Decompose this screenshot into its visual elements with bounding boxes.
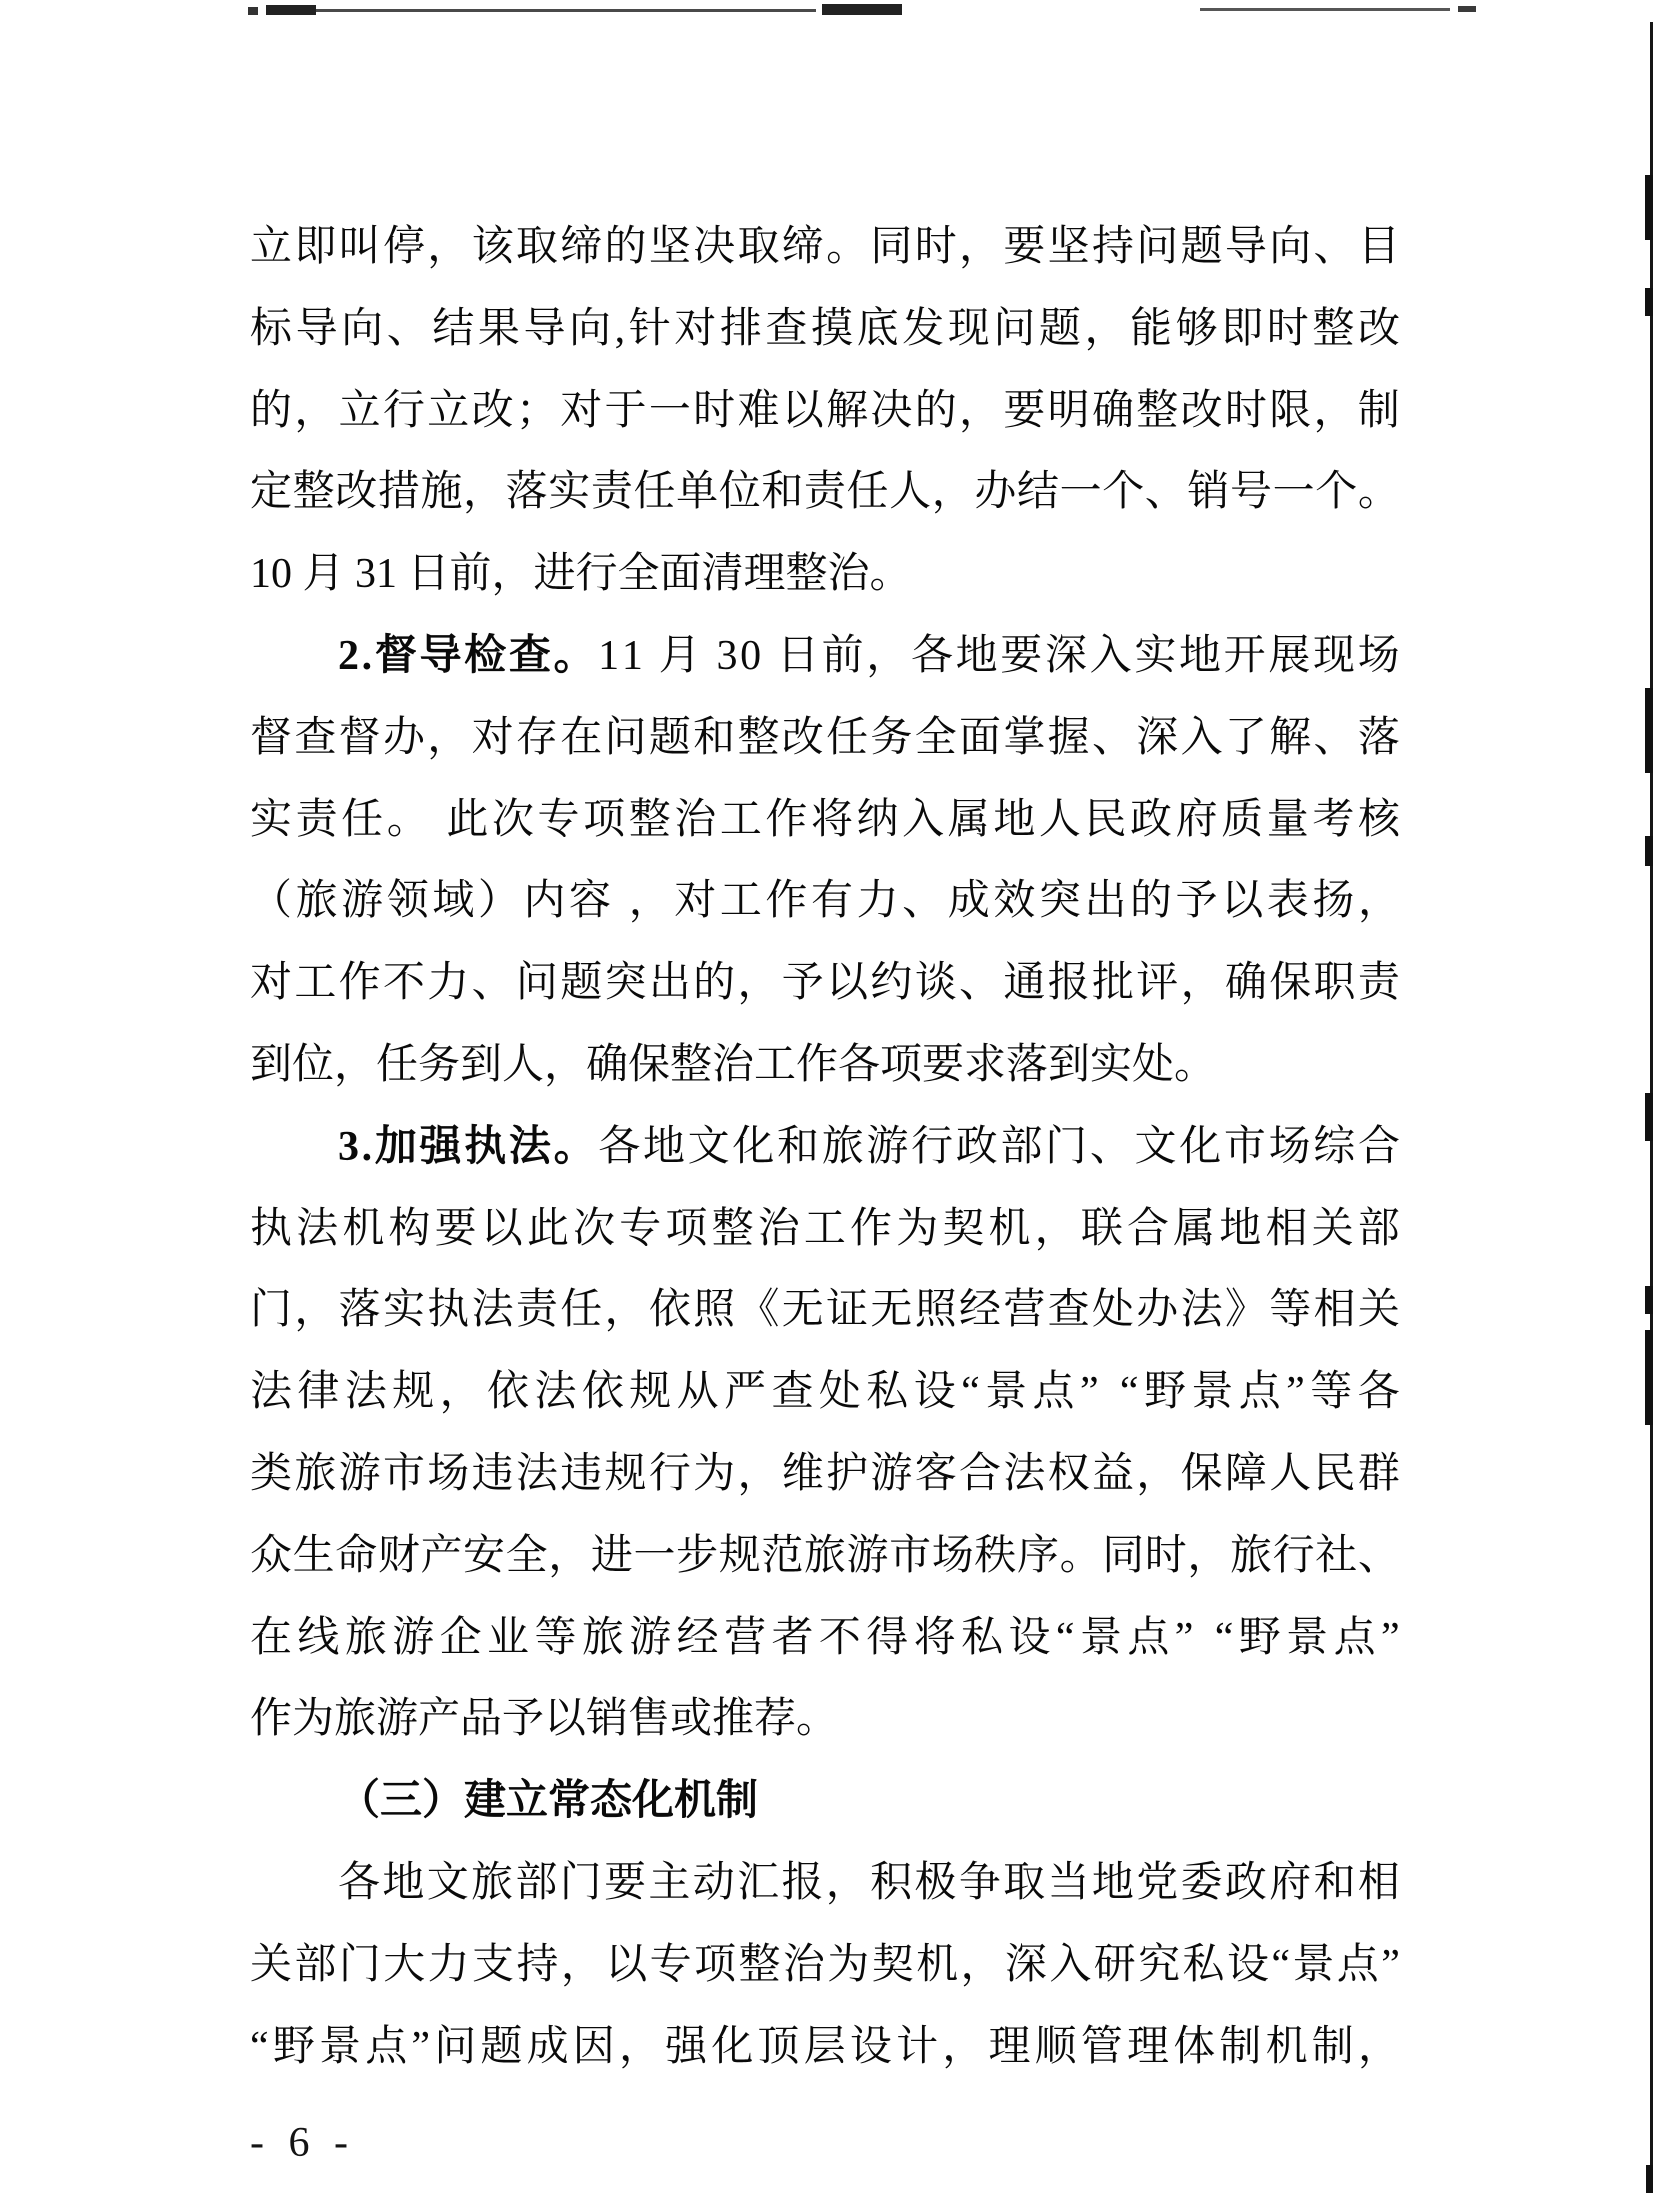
body-char: 整 (1312, 289, 1354, 371)
body-char: 经 (677, 1598, 719, 1680)
heading-char: 查 (509, 616, 551, 698)
body-char: 责 (296, 780, 338, 862)
body-char: 。 (1060, 1516, 1102, 1598)
body-char: 前 (822, 616, 864, 698)
body-char: 社 (1315, 1516, 1357, 1598)
body-char: 单 (676, 452, 718, 534)
body-char: ， (1084, 289, 1126, 371)
body-char: 评 (1136, 943, 1178, 1025)
body-char: 此 (446, 780, 488, 862)
body-char: 查 (771, 1352, 813, 1434)
body-char: 地 (993, 780, 1035, 862)
body-char: 入 (1049, 1925, 1091, 2007)
body-char: 研 (1094, 1925, 1136, 2007)
body-char: 要 (1003, 371, 1045, 453)
body-char: 支 (472, 1925, 514, 2007)
body-char: 部 (515, 1843, 557, 1925)
body-char: 问 (993, 289, 1035, 371)
body-char: 即 (1221, 289, 1263, 371)
heading-char: 强 (420, 1107, 462, 1189)
scan-artifact (266, 5, 316, 15)
body-char: 实 (548, 452, 590, 534)
body-char: 、 (1092, 698, 1134, 780)
body-char: 照 (915, 1270, 957, 1352)
body-char: 出 (649, 943, 691, 1025)
body-char: 无 (870, 1270, 912, 1352)
body-char: ， (1187, 1516, 1229, 1598)
body-char: 整 (629, 780, 671, 862)
body-char: （ (250, 861, 292, 943)
scan-artifact (1645, 1093, 1653, 1141)
body-char: 违 (560, 1434, 602, 1516)
body-char: 场 (427, 1434, 469, 1516)
body-char: 责 (516, 1270, 558, 1352)
body-char: 责 (804, 452, 846, 534)
body-char: 法 (296, 1189, 338, 1271)
body-char (703, 616, 714, 698)
body-char: 门 (339, 1925, 381, 2007)
body-char: ” (1286, 1352, 1305, 1434)
body-char: 秩 (974, 1516, 1016, 1598)
body-char: 问 (434, 2007, 476, 2089)
body-char: 日 (777, 616, 819, 698)
body-char: 管 (1081, 2007, 1123, 2089)
body-char (764, 616, 775, 698)
body-char: 施 (420, 452, 462, 534)
body-char: 立 (427, 371, 469, 453)
scan-artifact (1200, 8, 1450, 11)
body-char: 府 (1269, 1843, 1311, 1925)
body-char: 考 (1312, 780, 1354, 862)
body-char: 行 (911, 1107, 953, 1189)
body-char: 层 (804, 2007, 846, 2089)
body-char: 缔 (560, 207, 602, 289)
body-char: 保 (1269, 943, 1311, 1025)
body-char: 市 (889, 1516, 931, 1598)
body-char: 游 (870, 1434, 912, 1516)
body-char: 、 (1314, 207, 1356, 289)
document-body: 立即叫停，该取缔的坚决取缔。同时，要坚持问题导向、目标导向、结果导向,针对排查摸… (250, 207, 1400, 2088)
body-char: 行 (649, 1434, 691, 1516)
body-char: 予 (1176, 861, 1218, 943)
body-char: 治 (758, 1189, 800, 1271)
body-char: 政 (1225, 1843, 1267, 1925)
scan-artifact (1645, 288, 1653, 316)
heading-char: 3 (338, 1107, 359, 1189)
body-char: 对 (560, 371, 602, 453)
body-char: ， (1035, 1189, 1077, 1271)
body-char: ） (478, 861, 520, 943)
scan-artifact (1458, 6, 1476, 12)
body-char: 难 (737, 371, 779, 453)
body-char: 游 (339, 1434, 381, 1516)
body-char: 题 (649, 698, 691, 780)
document-page: 立即叫停，该取缔的坚决取缔。同时，要坚持问题导向、目标导向、结果导向,针对排查摸… (0, 0, 1656, 2201)
text-line: 10 月 31 日前，进行全面清理整治。 (250, 534, 1400, 616)
body-char: 争 (959, 1843, 1001, 1925)
body-char: 和 (1314, 1843, 1356, 1925)
body-char: 力 (427, 943, 469, 1025)
body-char: “ (961, 1352, 980, 1434)
body-char: 的 (693, 943, 735, 1025)
body-char: 落 (1358, 698, 1400, 780)
text-line: 门，落实执法责任，依照《无证无照经营查处办法》等相关 (250, 1270, 1400, 1352)
body-char: 点 (365, 2007, 407, 2089)
body-char: 各 (598, 1107, 640, 1189)
body-char: 者 (771, 1598, 813, 1680)
body-char: 要 (1000, 616, 1042, 698)
body-char: 深 (1136, 698, 1178, 780)
body-char: 题 (1181, 207, 1223, 289)
body-char: 办 (974, 452, 1016, 534)
text-line: （三）建立常态化机制 (250, 1761, 1400, 1843)
body-char: 突 (605, 943, 647, 1025)
body-char: 游 (866, 1107, 908, 1189)
body-char: 职 (1314, 943, 1356, 1025)
body-char: 时 (915, 207, 957, 289)
body-char: 0 (740, 616, 761, 698)
body-char: 结 (1017, 452, 1059, 534)
body-char: ” (1381, 1925, 1400, 2007)
body-char: 作 (850, 1189, 892, 1271)
body-char: 以 (1221, 861, 1263, 943)
body-char: 整 (738, 1925, 780, 2007)
body-char: 制 (1312, 2007, 1354, 2089)
body-char: 民 (1084, 780, 1126, 862)
body-char: 益 (1092, 1434, 1134, 1516)
body-char: 业 (487, 1598, 529, 1680)
heading-char: 导 (419, 616, 461, 698)
body-char: 依 (649, 1270, 691, 1352)
body-char: 关 (1358, 1270, 1400, 1352)
heading-char: 执 (464, 1107, 506, 1189)
text-line: “野景点”问题成因，强化顶层设计，理顺管理体制机制， (250, 2007, 1400, 2089)
body-char: 任 (633, 452, 675, 534)
body-char: 时 (1267, 289, 1309, 371)
body-char: 主 (648, 1843, 690, 1925)
body-char: 野 (273, 2007, 315, 2089)
body-char: 向 (1269, 207, 1311, 289)
body-char: 游 (847, 1516, 889, 1598)
body-char: 目 (1358, 207, 1400, 289)
body-char: 责 (1358, 943, 1400, 1025)
body-char: 权 (1048, 1434, 1090, 1516)
body-char: 。 (387, 780, 429, 862)
body-char: ， (942, 2007, 984, 2089)
body-char: 依 (582, 1352, 624, 1434)
scan-artifact (248, 7, 258, 15)
body-char: 查 (294, 698, 336, 780)
body-char: 以 (782, 371, 824, 453)
body-char: ， (561, 1925, 603, 2007)
body-char: ” (1175, 1598, 1194, 1680)
body-char: 的 (1130, 861, 1172, 943)
body-char: 景 (985, 1352, 1027, 1434)
body-char: 经 (959, 1270, 1001, 1352)
body-char: 顺 (1035, 2007, 1077, 2089)
body-char: 政 (1130, 780, 1172, 862)
body-char: 法 (250, 1352, 292, 1434)
body-char: 深 (1045, 616, 1087, 698)
body-char: 相 (1314, 1270, 1356, 1352)
body-char: 《 (737, 1270, 779, 1352)
heading-char: 法 (509, 1107, 551, 1189)
text-line: 定整改措施，落实责任单位和责任人，办结一个、销号一个。 (250, 452, 1400, 534)
body-char: 地 (1219, 1189, 1261, 1271)
text-line: 立即叫停，该取缔的坚决取缔。同时，要坚持问题导向、目 (250, 207, 1400, 289)
body-char: 作 (339, 943, 381, 1025)
body-char: 办 (383, 698, 425, 780)
body-char: 强 (665, 2007, 707, 2089)
body-char: 计 (896, 2007, 938, 2089)
body-char: 政 (956, 1107, 998, 1189)
body-char: 门 (560, 1843, 602, 1925)
heading-char: . (362, 616, 373, 698)
body-char: 旅 (296, 861, 338, 943)
body-char: 持 (516, 1925, 558, 2007)
body-char: 深 (1005, 1925, 1047, 2007)
body-char: 和 (761, 452, 803, 534)
body-char: “ (1056, 1598, 1075, 1680)
body-char: 突 (1039, 861, 1081, 943)
body-char: 法 (516, 1434, 558, 1516)
body-char: 地 (643, 1107, 685, 1189)
body-char (615, 861, 626, 943)
body-char: 将 (914, 1598, 956, 1680)
body-char: 联 (1081, 1189, 1123, 1271)
body-char: 景 (1080, 1598, 1122, 1680)
body-char: 题 (560, 943, 602, 1025)
body-char: 违 (472, 1434, 514, 1516)
body-char: 人 (889, 452, 931, 534)
body-char: “ (1271, 1925, 1290, 2007)
heading-char: 。 (554, 1107, 596, 1189)
body-char: 域 (432, 861, 474, 943)
body-char (1199, 1598, 1210, 1680)
body-char: 纳 (857, 780, 899, 862)
body-char: 摸 (811, 289, 853, 371)
body-char: 确 (1092, 371, 1134, 453)
body-char: 工 (294, 943, 336, 1025)
body-char: 取 (1003, 1843, 1045, 1925)
body-char: 民 (1314, 1434, 1356, 1516)
heading-char: 检 (464, 616, 506, 698)
scan-artifact (1645, 836, 1653, 866)
body-char: 营 (724, 1598, 766, 1680)
body-char: 改 (1358, 289, 1400, 371)
body-char: 一 (1060, 452, 1102, 534)
body-char: 该 (472, 207, 514, 289)
body-char: 握 (1048, 698, 1090, 780)
body-char: 专 (538, 780, 580, 862)
body-char: 构 (388, 1189, 430, 1271)
heading-char: 加 (375, 1107, 417, 1189)
body-char: 现 (1313, 616, 1355, 698)
body-char (432, 780, 443, 862)
text-line: 到位，任务到人，确保整治工作各项要求落到实处。 (250, 1025, 1400, 1107)
body-char: 部 (1358, 1189, 1400, 1271)
body-char: 》 (1225, 1270, 1267, 1352)
body-char: 法 (1003, 1434, 1045, 1516)
body-char: 规 (605, 1434, 647, 1516)
text-line: 实责任。 此次专项整治工作将纳入属地人民政府质量考核 (250, 780, 1400, 862)
body-char: 景 (319, 2007, 361, 2089)
scan-artifact (1645, 1330, 1653, 1425)
body-char: 工 (720, 861, 762, 943)
body-char: 维 (782, 1434, 824, 1516)
body-char: 、 (1314, 698, 1356, 780)
body-char: ” (1381, 1598, 1400, 1680)
body-char: 线 (297, 1598, 339, 1680)
body-char: 、 (1358, 1516, 1400, 1598)
body-char: ， (440, 1352, 482, 1434)
body-char: 扬 (1312, 861, 1354, 943)
body-char: 报 (1048, 943, 1090, 1025)
body-char: 量 (1267, 780, 1309, 862)
body-char: 大 (383, 1925, 425, 2007)
body-char: 展 (1268, 616, 1310, 698)
body-char: ， (737, 1434, 779, 1516)
body-char: 通 (1003, 943, 1045, 1025)
body-char: 有 (811, 861, 853, 943)
body-char: 各 (911, 616, 953, 698)
body-char: 即 (294, 207, 336, 289)
body-char: 极 (914, 1843, 956, 1925)
body-char: 表 (1267, 861, 1309, 943)
body-char: 容 (569, 861, 611, 943)
body-char: 向 (569, 289, 611, 371)
body-char: 野 (1144, 1352, 1186, 1434)
scan-artifact (316, 9, 816, 12)
body-char: 开 (1224, 616, 1266, 698)
body-char: 此 (527, 1189, 569, 1271)
body-char: 要 (435, 1189, 477, 1271)
body-char: 证 (826, 1270, 868, 1352)
body-char: 地 (956, 616, 998, 698)
body-char: 、 (387, 289, 429, 371)
body-char: 景 (1292, 1925, 1334, 2007)
body-char: 规 (392, 1352, 434, 1434)
body-char: 因 (573, 2007, 615, 2089)
body-text: 到位，任务到人，确保整治工作各项要求落到实处。 (250, 1042, 1216, 1088)
body-char: 场 (1269, 1107, 1311, 1189)
text-line: 作为旅游产品予以销售或推荐。 (250, 1679, 1400, 1761)
body-char: 机 (342, 1189, 384, 1271)
body-char: 设 (1227, 1925, 1269, 2007)
body-char: 客 (915, 1434, 957, 1516)
body-char: 机 (989, 1189, 1031, 1271)
body-char: 项 (665, 1189, 707, 1271)
body-char: 相 (1358, 1843, 1400, 1925)
body-char: 旅 (822, 1107, 864, 1189)
body-char: 景 (1191, 1352, 1233, 1434)
body-char: 对 (472, 698, 514, 780)
body-char: 力 (428, 1925, 470, 2007)
body-char: 各 (338, 1843, 380, 1925)
body-char: 众 (250, 1516, 292, 1598)
body-char: 规 (629, 1352, 671, 1434)
body-char: 销 (1187, 452, 1229, 534)
body-char: 点 (1334, 1598, 1376, 1680)
body-char: 工 (804, 1189, 846, 1271)
body-char: 综 (1313, 1107, 1355, 1189)
body-char: 号 (1230, 452, 1272, 534)
body-char: 要 (604, 1843, 646, 1925)
body-char: 部 (1000, 1107, 1042, 1189)
body-char: 标 (250, 289, 292, 371)
body-char: 题 (480, 2007, 522, 2089)
body-char: 问 (1136, 207, 1178, 289)
body-char: 地 (1092, 1843, 1134, 1925)
body-char: 同 (1102, 1516, 1144, 1598)
body-char: 顶 (758, 2007, 800, 2089)
body-char: 成 (527, 2007, 569, 2089)
body-char: ， (932, 452, 974, 534)
body-char: 不 (819, 1598, 861, 1680)
body-char: ， (826, 1843, 868, 1925)
text-line: 执法机构要以此次专项整治工作为契机，联合属地相关部 (250, 1189, 1400, 1271)
body-char: 效 (993, 861, 1035, 943)
text-line: 关部门大力支持，以专项整治为契机，深入研究私设“景点” (250, 1925, 1400, 2007)
body-char: 人 (1269, 1434, 1311, 1516)
body-char: 场 (1358, 616, 1400, 698)
body-char: 确 (1225, 943, 1267, 1025)
body-char: 不 (383, 943, 425, 1025)
body-char: 时 (1145, 1516, 1187, 1598)
body-char: 一 (633, 1516, 675, 1598)
body-char: 等 (534, 1598, 576, 1680)
body-char: 作 (765, 861, 807, 943)
body-char: 专 (650, 1925, 692, 2007)
body-char: 等 (1269, 1270, 1311, 1352)
body-char: 1 (622, 616, 643, 698)
body-char: 生 (293, 1516, 335, 1598)
body-char: 问 (605, 698, 647, 780)
body-char: 机 (916, 1925, 958, 2007)
body-char: 次 (492, 780, 534, 862)
text-line: 对工作不力、问题突出的，予以约谈、通报批评，确保职责 (250, 943, 1400, 1025)
body-char: 设 (1009, 1598, 1051, 1680)
text-line: 类旅游市场违法违规行为，维护游客合法权益，保障人民群 (250, 1434, 1400, 1516)
body-char: 在 (560, 698, 602, 780)
body-char: 的 (915, 371, 957, 453)
body-char: 决 (693, 207, 735, 289)
text-line: 标导向、结果导向,针对排查摸底发现问题，能够即时整改 (250, 289, 1400, 371)
body-char: 核 (1358, 780, 1400, 862)
body-char: 旅 (582, 1598, 624, 1680)
body-char: 工 (720, 780, 762, 862)
body-char (645, 616, 656, 698)
body-char: 整 (293, 452, 335, 534)
body-char: 落 (339, 1270, 381, 1352)
body-char: 停 (383, 207, 425, 289)
text-line: 的，立行立改；对于一时难以解决的，要明确整改时限，制 (250, 371, 1400, 453)
body-char: 项 (583, 780, 625, 862)
body-char: 动 (693, 1843, 735, 1925)
body-char: 制 (1358, 371, 1400, 453)
body-char: 制 (1219, 2007, 1261, 2089)
body-char: 化 (732, 1107, 774, 1189)
body-char: 景 (1286, 1598, 1328, 1680)
body-char: 旅 (804, 1516, 846, 1598)
body-char: 私 (866, 1352, 908, 1434)
body-char: 关 (250, 1925, 292, 2007)
body-char: 法 (472, 1270, 514, 1352)
body-char: 务 (870, 698, 912, 780)
body-char: “ (1120, 1352, 1139, 1434)
body-char: 等 (1310, 1352, 1352, 1434)
body-char: 执 (250, 1189, 292, 1271)
